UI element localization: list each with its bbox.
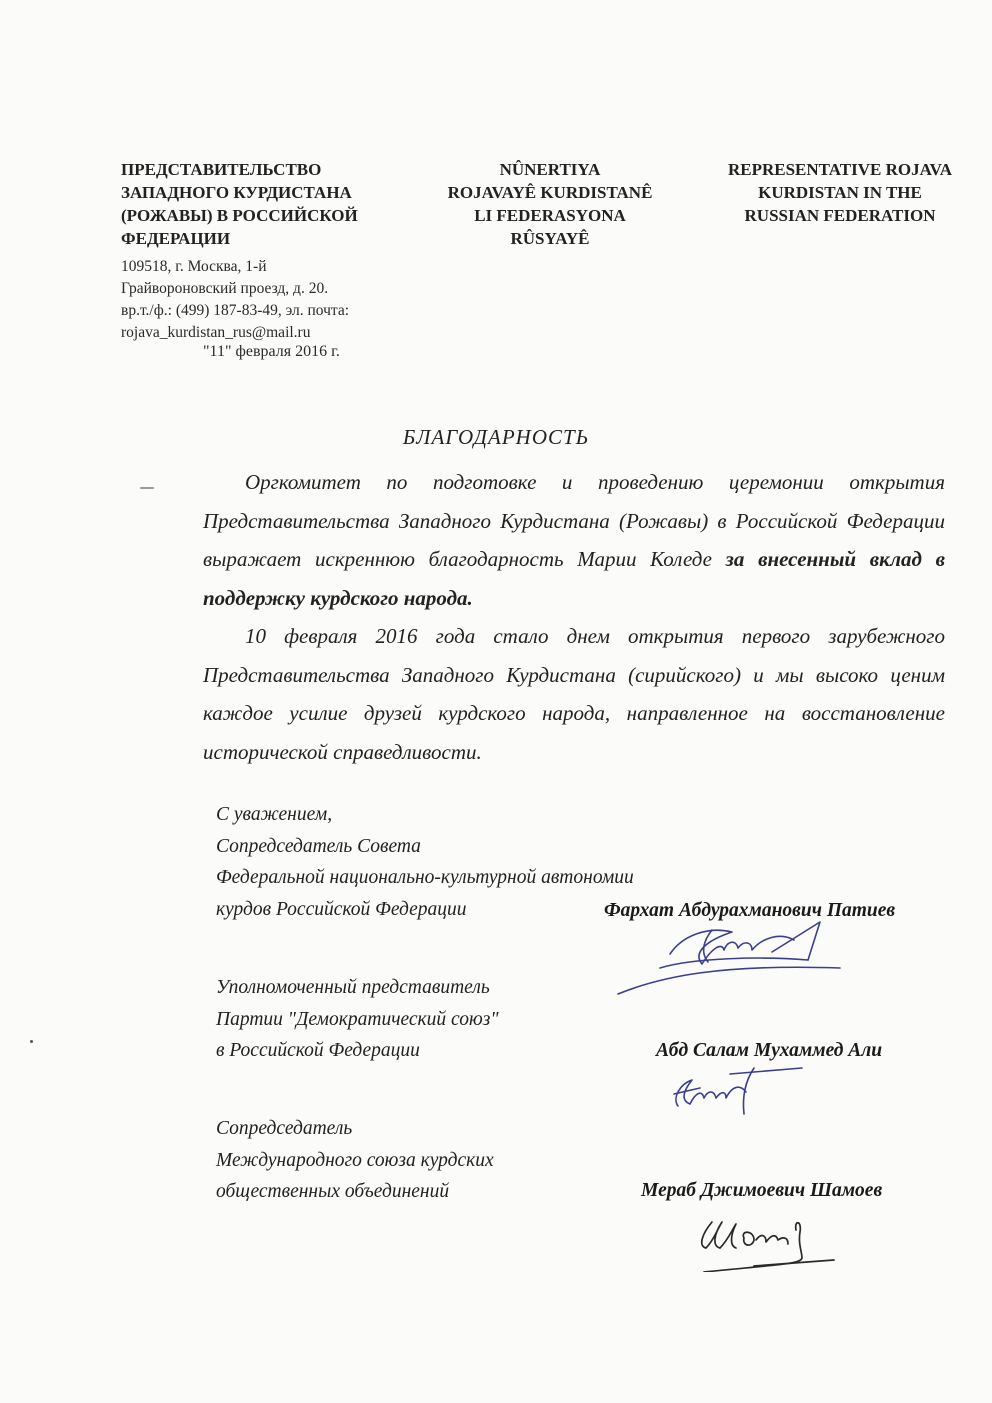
paragraph-1: Оргкомитет по подготовке и проведению це… [163, 463, 945, 617]
position-line: Сопредседатель [216, 1113, 494, 1145]
body-line: Оргкомитет по подготовке и проведению це… [163, 463, 945, 502]
address-line: Грайвороновский проезд, д. 20. [121, 278, 349, 300]
letterhead-ru-line: (РОЖАВЫ) В РОССИЙСКОЙ [121, 204, 411, 227]
letterhead-kurdish: NÛNERTIYA ROJAVAYÊ KURDISTANÊ LI FEDERAS… [420, 158, 680, 250]
signatory-2-position: Уполномоченный представитель Партии "Дем… [216, 972, 499, 1067]
signatory-3-name: Мераб Джимоевич Шамоев [641, 1180, 882, 1202]
position-line: Партии "Демократический союз" [216, 1004, 499, 1036]
body-line: исторической справедливости. [163, 733, 945, 772]
body-line-mixed: выражает искреннюю благодарность Марии К… [163, 540, 945, 579]
signature-3-mark [684, 1210, 844, 1272]
letterhead-ku-line: ROJAVAYÊ KURDISTANÊ [420, 181, 680, 204]
letterhead-en-line: KURDISTAN IN THE [700, 181, 980, 204]
document-title: БЛАГОДАРНОСТЬ [0, 425, 992, 450]
position-line: в Российской Федерации [216, 1035, 499, 1067]
body-text-bold: за внесенный вклад в [726, 547, 945, 571]
email-address: rojava_kurdistan_rus@mail.ru [121, 322, 349, 344]
position-line: Уполномоченный представитель [216, 972, 499, 1004]
letter-page: ПРЕДСТАВИТЕЛЬСТВО ЗАПАДНОГО КУРДИСТАНА (… [0, 0, 992, 1403]
body-text-regular: выражает искреннюю благодарность Марии К… [203, 547, 726, 571]
scan-artifact [30, 1040, 33, 1043]
signature-1-mark [612, 918, 842, 998]
letterhead-russian: ПРЕДСТАВИТЕЛЬСТВО ЗАПАДНОГО КУРДИСТАНА (… [121, 158, 411, 250]
body-line-bold: поддержку курдского народа. [163, 579, 945, 618]
signatory-2-name: Абд Салам Мухаммед Али [656, 1040, 882, 1062]
body-line: каждое усилие друзей курдского народа, н… [163, 694, 945, 733]
letterhead-ku-line: RÛSYAYÊ [420, 227, 680, 250]
position-line: курдов Российской Федерации [216, 894, 634, 926]
letterhead-en-line: RUSSIAN FEDERATION [700, 204, 980, 227]
signatory-1-position: С уважением, Сопредседатель Совета Федер… [216, 799, 634, 925]
body-line: 10 февраля 2016 года стало днем открытия… [163, 617, 945, 656]
signature-2-mark [660, 1062, 810, 1122]
letterhead-ku-line: NÛNERTIYA [420, 158, 680, 181]
letter-date: "11" февраля 2016 г. [203, 343, 340, 361]
body-line: Представительства Западного Курдистана (… [163, 502, 945, 541]
position-line: Федеральной национально-культурной автон… [216, 862, 634, 894]
body-line: Представительства Западного Курдистана (… [163, 656, 945, 695]
position-line: общественных объединений [216, 1176, 494, 1208]
closing-salutation: С уважением, [216, 799, 634, 831]
paragraph-2: 10 февраля 2016 года стало днем открытия… [163, 617, 945, 771]
letterhead-ku-line: LI FEDERASYONA [420, 204, 680, 227]
letter-body: Оргкомитет по подготовке и проведению це… [163, 463, 945, 771]
letterhead-en-line: REPRESENTATIVE ROJAVA [700, 158, 980, 181]
scan-artifact [140, 487, 154, 489]
position-line: Международного союза курдских [216, 1145, 494, 1177]
phone-email-line: вр.т./ф.: (499) 187-83-49, эл. почта: [121, 300, 349, 322]
letterhead-ru-line: ЗАПАДНОГО КУРДИСТАНА [121, 181, 411, 204]
contact-details: 109518, г. Москва, 1-й Грайвороновский п… [121, 256, 349, 344]
letterhead-ru-line: ПРЕДСТАВИТЕЛЬСТВО [121, 158, 411, 181]
letterhead-english: REPRESENTATIVE ROJAVA KURDISTAN IN THE R… [700, 158, 980, 227]
position-line: Сопредседатель Совета [216, 831, 634, 863]
letterhead-ru-line: ФЕДЕРАЦИИ [121, 227, 411, 250]
address-line: 109518, г. Москва, 1-й [121, 256, 349, 278]
signatory-3-position: Сопредседатель Международного союза курд… [216, 1113, 494, 1208]
